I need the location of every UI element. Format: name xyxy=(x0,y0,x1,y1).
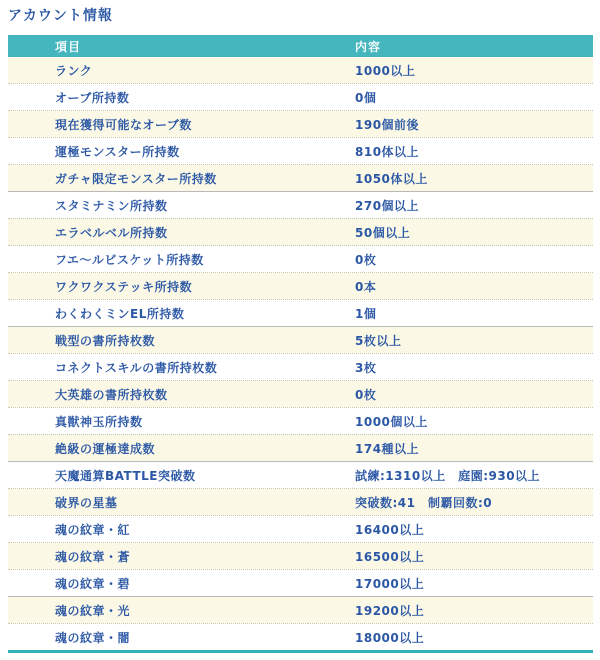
row-value: 190個前後 xyxy=(308,111,593,138)
table-row: ガチャ限定モンスター所持数1050体以上 xyxy=(8,165,593,192)
table-row: 魂の紋章・光19200以上 xyxy=(8,597,593,624)
row-item-label: 大英雄の書所持枚数 xyxy=(8,381,308,408)
row-item-label: 魂の紋章・碧 xyxy=(8,570,308,597)
account-info-table: 項目 内容 ランク1000以上オーブ所持数0個現在獲得可能なオーブ数190個前後… xyxy=(8,35,593,653)
row-item-label: 真獣神玉所持数 xyxy=(8,408,308,435)
row-value: 16400以上 xyxy=(308,516,593,543)
row-value: 1個 xyxy=(308,300,593,327)
row-item-label: ランク xyxy=(8,57,308,84)
table-row: 戦型の書所持枚数5枚以上 xyxy=(8,327,593,354)
row-item-label: オーブ所持数 xyxy=(8,84,308,111)
table-row: オーブ所持数0個 xyxy=(8,84,593,111)
row-value: 270個以上 xyxy=(308,192,593,219)
table-row: 天魔通算BATTLE突破数試練:1310以上 庭園:930以上 xyxy=(8,462,593,489)
row-item-label: 戦型の書所持枚数 xyxy=(8,327,308,354)
table-row: 破界の星墓突破数:41 制覇回数:0 xyxy=(8,489,593,516)
table-row: 魂の紋章・闇18000以上 xyxy=(8,624,593,652)
row-item-label: ワクワクステッキ所持数 xyxy=(8,273,308,300)
row-value: 0枚 xyxy=(308,246,593,273)
row-value: 174種以上 xyxy=(308,435,593,462)
row-item-label: 魂の紋章・蒼 xyxy=(8,543,308,570)
row-item-label: エラベルベル所持数 xyxy=(8,219,308,246)
table-row: 現在獲得可能なオーブ数190個前後 xyxy=(8,111,593,138)
page-title: アカウント情報 xyxy=(8,7,593,25)
table-row: 魂の紋章・蒼16500以上 xyxy=(8,543,593,570)
table-row: 魂の紋章・紅16400以上 xyxy=(8,516,593,543)
table-row: 絶級の運極達成数174種以上 xyxy=(8,435,593,462)
table-row: ランク1000以上 xyxy=(8,57,593,84)
table-row: 運極モンスター所持数810体以上 xyxy=(8,138,593,165)
row-item-label: コネクトスキルの書所持枚数 xyxy=(8,354,308,381)
table-body: ランク1000以上オーブ所持数0個現在獲得可能なオーブ数190個前後運極モンスタ… xyxy=(8,57,593,652)
row-item-label: フエ〜ルビスケット所持数 xyxy=(8,246,308,273)
row-value: 0枚 xyxy=(308,381,593,408)
row-value: 試練:1310以上 庭園:930以上 xyxy=(308,462,593,489)
row-item-label: 魂の紋章・紅 xyxy=(8,516,308,543)
row-value: 1050体以上 xyxy=(308,165,593,192)
row-value: 810体以上 xyxy=(308,138,593,165)
row-value: 18000以上 xyxy=(308,624,593,652)
table-row: 真獣神玉所持数1000個以上 xyxy=(8,408,593,435)
row-item-label: 絶級の運極達成数 xyxy=(8,435,308,462)
row-value: 5枚以上 xyxy=(308,327,593,354)
row-item-label: 破界の星墓 xyxy=(8,489,308,516)
table-row: 魂の紋章・碧17000以上 xyxy=(8,570,593,597)
table-row: コネクトスキルの書所持枚数3枚 xyxy=(8,354,593,381)
row-value: 3枚 xyxy=(308,354,593,381)
row-item-label: わくわくミンEL所持数 xyxy=(8,300,308,327)
row-item-label: 天魔通算BATTLE突破数 xyxy=(8,462,308,489)
column-header-item: 項目 xyxy=(8,35,308,57)
row-item-label: ガチャ限定モンスター所持数 xyxy=(8,165,308,192)
row-item-label: 運極モンスター所持数 xyxy=(8,138,308,165)
row-value: 0個 xyxy=(308,84,593,111)
row-item-label: スタミナミン所持数 xyxy=(8,192,308,219)
table-row: エラベルベル所持数50個以上 xyxy=(8,219,593,246)
row-item-label: 魂の紋章・闇 xyxy=(8,624,308,652)
column-header-value: 内容 xyxy=(308,35,593,57)
row-item-label: 現在獲得可能なオーブ数 xyxy=(8,111,308,138)
table-row: ワクワクステッキ所持数0本 xyxy=(8,273,593,300)
row-value: 17000以上 xyxy=(308,570,593,597)
row-value: 19200以上 xyxy=(308,597,593,624)
table-row: スタミナミン所持数270個以上 xyxy=(8,192,593,219)
row-value: 16500以上 xyxy=(308,543,593,570)
page-container: アカウント情報 項目 内容 ランク1000以上オーブ所持数0個現在獲得可能なオー… xyxy=(0,0,600,653)
row-item-label: 魂の紋章・光 xyxy=(8,597,308,624)
table-row: わくわくミンEL所持数1個 xyxy=(8,300,593,327)
table-header-row: 項目 内容 xyxy=(8,35,593,57)
table-row: 大英雄の書所持枚数0枚 xyxy=(8,381,593,408)
row-value: 1000個以上 xyxy=(308,408,593,435)
row-value: 50個以上 xyxy=(308,219,593,246)
row-value: 0本 xyxy=(308,273,593,300)
table-row: フエ〜ルビスケット所持数0枚 xyxy=(8,246,593,273)
row-value: 1000以上 xyxy=(308,57,593,84)
row-value: 突破数:41 制覇回数:0 xyxy=(308,489,593,516)
